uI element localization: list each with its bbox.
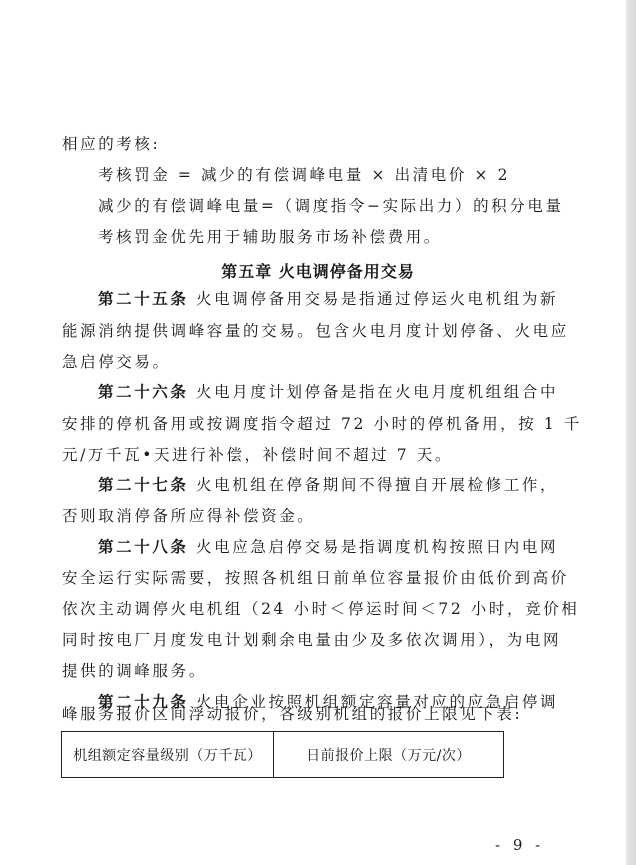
article-label: 第二十六条 [98, 383, 189, 401]
article-27-line-1: 第二十七条 火电机组在停备期间不得擅自开展检修工作， [98, 475, 558, 495]
article-label: 第二十五条 [98, 290, 189, 308]
article-28-line-4: 同时按电厂月度发电计划剩余电量由少及多依次调用），为电网 [62, 630, 561, 650]
article-25-line-1: 第二十五条 火电调停备用交易是指通过停运火电机组为新 [98, 289, 558, 309]
article-29-line-2: 峰服务报价区间浮动报价，各级别机组的报价上限见下表: [62, 704, 522, 724]
article-text: 火电应急启停交易是指调度机构按照日内电网 [196, 538, 558, 556]
price-cap-table: 机组额定容量级别（万千瓦） 日前报价上限（万元/次） [61, 731, 504, 778]
article-text: 火电机组在停备期间不得擅自开展检修工作， [196, 476, 558, 494]
page-number: - 9 - [495, 836, 544, 854]
intro-text: 相应的考核: [62, 134, 160, 154]
article-27-line-2: 否则取消停备所应得补偿资金。 [62, 506, 315, 526]
article-25-line-3: 急启停交易。 [62, 352, 171, 372]
article-26-line-2: 安排的停机备用或按调度指令超过 72 小时的停机备用，按 1 千 [62, 414, 582, 434]
article-26-line-1: 第二十六条 火电月度计划停备是指在火电月度机组组合中 [98, 382, 558, 402]
article-25-line-2: 能源消纳提供调峰容量的交易。包含火电月度计划停备、火电应 [62, 321, 569, 341]
article-26-line-3: 元/万千瓦•天进行补偿，补偿时间不超过 7 天。 [62, 445, 453, 465]
table-header-capacity: 机组额定容量级别（万千瓦） [62, 732, 274, 777]
article-28-line-3: 依次主动调停火电机组（24 小时＜停运时间＜72 小时，竞价相 [62, 599, 579, 619]
table-header-price-cap: 日前报价上限（万元/次） [274, 732, 503, 777]
article-28-line-5: 提供的调峰服务。 [62, 661, 207, 681]
article-label: 第二十七条 [98, 476, 189, 494]
penalty-usage-note: 考核罚金优先用于辅助服务市场补偿费用。 [98, 227, 442, 247]
article-text: 火电调停备用交易是指通过停运火电机组为新 [196, 290, 558, 308]
article-28-line-1: 第二十八条 火电应急启停交易是指调度机构按照日内电网 [98, 537, 558, 557]
article-text: 火电月度计划停备是指在火电月度机组组合中 [196, 383, 558, 401]
page-edge-shadow [626, 0, 636, 865]
article-28-line-2: 安全运行实际需要，按照各机组日前单位容量报价由低价到高价 [62, 568, 569, 588]
chapter-title: 第五章 火电调停备用交易 [0, 259, 636, 282]
formula-penalty: 考核罚金 = 减少的有偿调峰电量 × 出清电价 × 2 [98, 165, 510, 185]
formula-reduced-energy: 减少的有偿调峰电量=（调度指令−实际出力）的积分电量 [98, 196, 564, 216]
article-label: 第二十八条 [98, 538, 189, 556]
